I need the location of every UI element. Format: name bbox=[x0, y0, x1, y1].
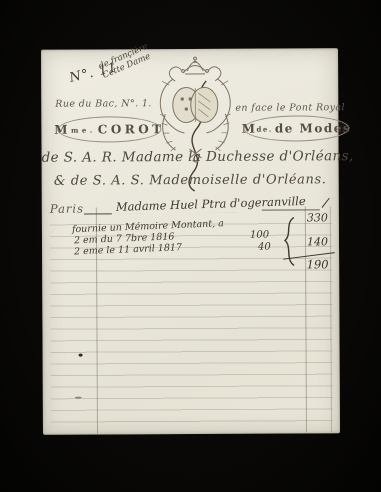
balance-amount: 190 bbox=[305, 257, 330, 271]
place-rule bbox=[84, 213, 112, 214]
patron-line-2: & de S. A. S. Mademoiselle d'Orléans. bbox=[42, 172, 339, 189]
invoice-paper: N°. 11 de françière Cette Dame Rue du Ba… bbox=[41, 48, 340, 435]
ink-speck bbox=[79, 354, 83, 357]
merchant-name-superscript: me. bbox=[71, 125, 96, 134]
patron-line-1: de S. A. R. Madame la Duchesse d'Orléans… bbox=[42, 148, 339, 166]
merchant-name-initial: M bbox=[54, 123, 71, 137]
merchant-title: Mde. de Modes bbox=[243, 115, 349, 142]
place-label: Paris bbox=[50, 202, 84, 216]
payments-total-amount: 140 bbox=[305, 235, 330, 248]
payment-amount-2: 40 bbox=[258, 242, 271, 253]
merchant-title-superscript: de. bbox=[256, 124, 272, 133]
memoire-amount: 330 bbox=[305, 211, 330, 224]
addressee-handwriting: Madame Huel Ptra d'ogeranville bbox=[116, 194, 306, 214]
street-address: Rue du Bac, N°. 1. bbox=[55, 98, 152, 110]
photo-background: N°. 11 de françière Cette Dame Rue du Ba… bbox=[0, 0, 381, 492]
landmark-address: en face le Pont Royal bbox=[235, 102, 345, 114]
payment-amount-1: 100 bbox=[250, 230, 269, 241]
merchant-title-text: de Modes bbox=[275, 121, 351, 135]
